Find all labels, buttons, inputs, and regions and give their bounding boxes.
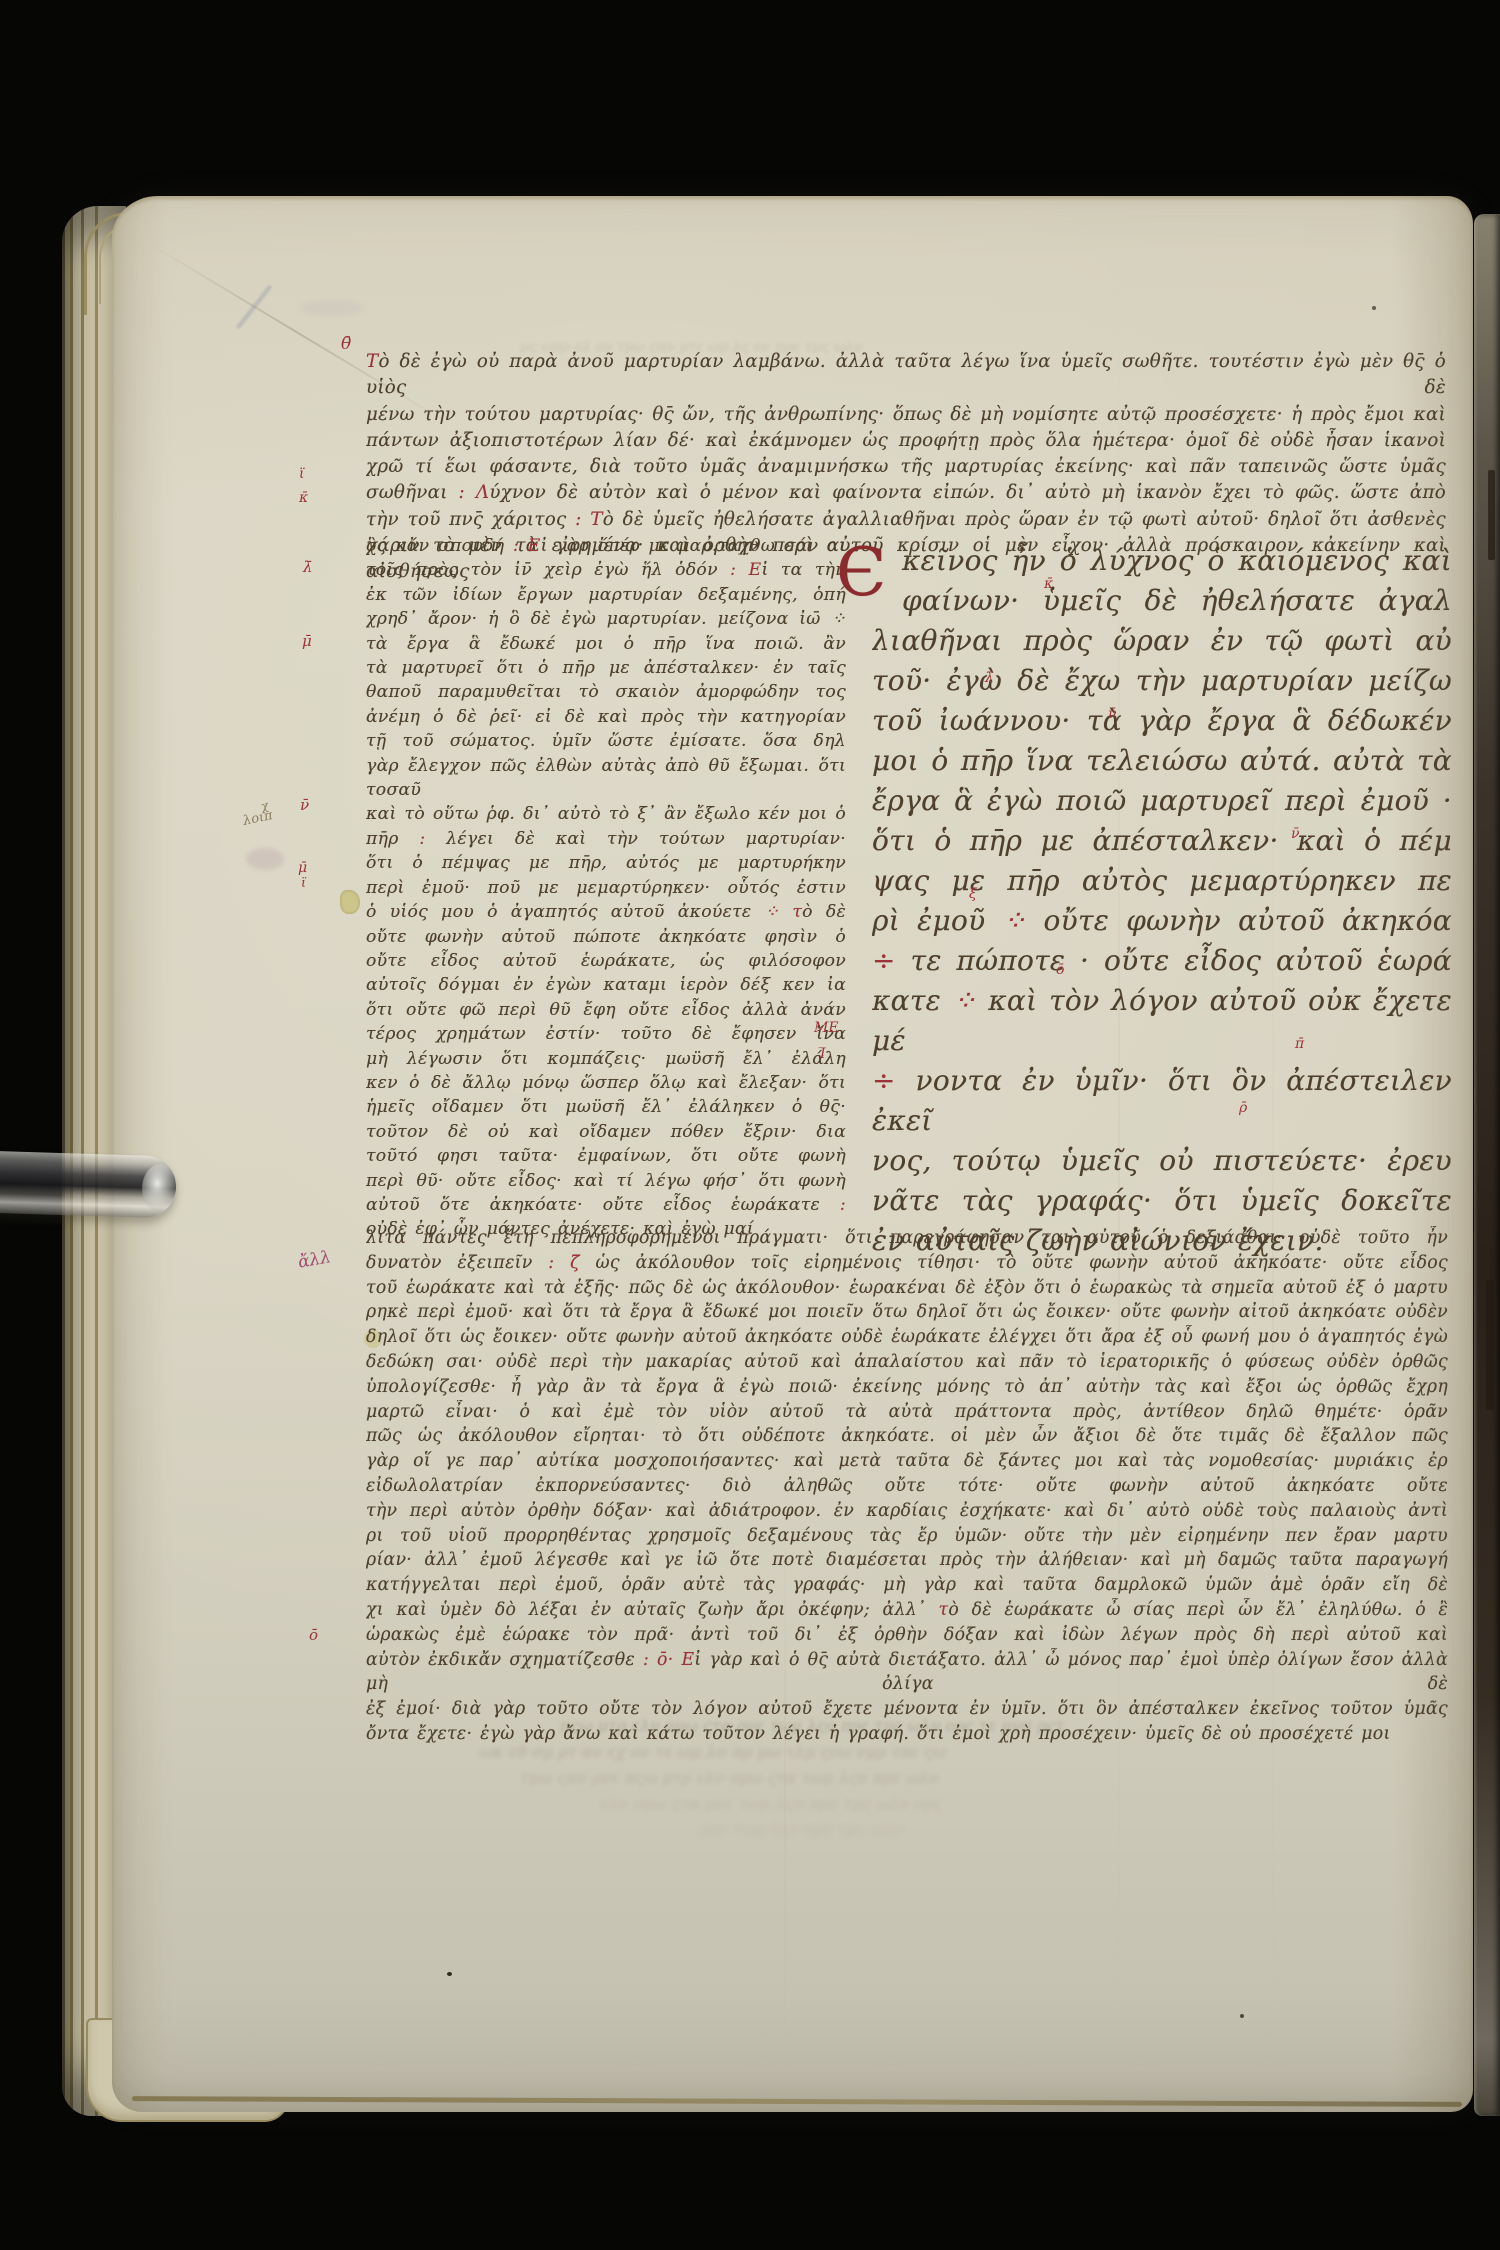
- text-line: τὰ μαρτυρεῖ ὅτι ὁ πη̄ρ με ἀπέσταλκεν· ἐν…: [366, 656, 846, 680]
- text-line: σωθῆναι : Λύχνον δὲ αὐτὸν καὶ ὁ μένον κα…: [366, 480, 1446, 506]
- gospel-right-column: κεῖνος ἦν ὁ λύχνος ὁ καιόμενος καὶφαίνων…: [872, 541, 1452, 1261]
- gospel-text-line: νος, τούτῳ ὑμεῖς οὐ πιστεύετε· ἐρευ: [872, 1141, 1452, 1181]
- ink-speck: [447, 1972, 452, 1976]
- text-line: ἀνέμη ὁ δὲ ῥεῖ· εἰ δὲ καὶ πρὸς τὴν κατηγ…: [366, 705, 846, 729]
- gospel-text-line: ἔργα ἃ ἐγὼ ποιῶ μαρτυρεῖ περὶ ἐμοῦ ·: [872, 781, 1452, 821]
- text-line: οὔτε φωνὴν αὐτοῦ πώποτε ἀκηκόατε φησὶν ὁ: [366, 925, 846, 949]
- text-line: χρηδ᾽ ἄρον· ἡ ὃ δὲ ἐγὼ μαρτυρίαν. μείζον…: [366, 607, 846, 631]
- rubric-mark: ξ̄: [969, 886, 977, 902]
- text-line: τὴν τοῦ πνς̄ χάριτος : Τὸ δὲ ὑμεῖς ἠθελή…: [366, 507, 1446, 533]
- rubric-mark: ϊ: [301, 876, 306, 891]
- gospel-text-line: κεῖνος ἦν ὁ λύχνος ὁ καιόμενος καὶ: [872, 541, 1452, 581]
- text-line: κεν ὁ δὲ ἄλλῳ μόνῳ ὥσπερ ὅλῳ καὶ ἔλεξαν·…: [366, 1071, 846, 1095]
- text-line: χρῶ τί ἕωι φάσαντε, διὰ τοῦτο ὑμᾶς ἀναμι…: [366, 454, 1446, 480]
- blue-show-through-smudge: [300, 300, 364, 316]
- text-line: ὑπολογίζεσθε· ἦ γὰρ ἂν τὰ ἔργα ἃ ἐγὼ ποι…: [366, 1375, 1448, 1400]
- text-line: καὶ τὸ οὕτω ῥφ. δι᾽ αὐτὸ τὸ ξ᾽ ἂν ἔξωλο …: [366, 802, 846, 826]
- text-line: αὐτοῦ ὅτε ἀκηκόατε· οὔτε εἶδος ἑωράκατε …: [366, 1193, 846, 1217]
- catena-bottom-block: λιτα πάντες ἔτη πεπληροφορημένοι πράγματ…: [366, 1226, 1448, 1747]
- rubric-mark: ο̄: [1056, 962, 1064, 978]
- rubric-mark: κ̄: [1044, 576, 1053, 592]
- text-line: εἰδωλολατρίαν ἐκπορνεύσαντες· διὸ ἀληθῶς…: [366, 1474, 1448, 1499]
- text-line: γὰρ ἔλεγχον πῶς ἐλθὼν αὐτὰς ἀπὸ θῦ ἔξωμα…: [366, 754, 846, 803]
- parchment-repair-spot: [340, 890, 360, 914]
- text-line: ὃς κἄν σπουδή : Εἰ γὰρ ὅπέρ με μαρ.ταχθω…: [366, 534, 846, 558]
- gospel-text-line: λιαθῆναι πρὸς ὥραν ἐν τῷ φωτὶ αὐ: [872, 621, 1452, 661]
- text-line: περὶ θῦ· οὔτε εἶδος· καὶ τί λέγω φήσ᾽ ὅτ…: [366, 1169, 846, 1193]
- text-line: τὴν περὶ αὐτὸν ὀρθὴν δόξαν· καὶ ἀδιάτροφ…: [366, 1499, 1448, 1524]
- ghost-show-through-line: τμω ςαν ρνε πςω μτρ ελν ομω ςτα τωμ λςο …: [520, 1768, 1440, 1787]
- gospel-text-line: κατε ⁘ καὶ τὸν λόγον αὐτοῦ οὐκ ἔχετε μέ: [872, 981, 1452, 1061]
- ghost-show-through-line: μς ωπρ ελ ον τμω ςαν ρτε ωμ λς ον πρε τμ…: [520, 339, 1080, 355]
- rubric-mark: Ι̅: [820, 1046, 826, 1062]
- facing-page-edge: [1474, 214, 1500, 2116]
- text-line: τοῦτον δὲ οὐ καὶ οἴδαμεν πόθεν ἔξριν· δι…: [366, 1120, 846, 1144]
- gospel-text-line: τοῦ ἰωάννου· τὰ γὰρ ἔργα ἃ δέδωκέν: [872, 701, 1452, 741]
- text-line: μαρτῶ εἶναι· ὁ καὶ ἐμὲ τὸν υἱὸν αὐτοῦ τὰ…: [366, 1400, 1448, 1425]
- gospel-text-line: τοῦ· ἐγὼ δὲ ἔχω τὴν μαρτυρίαν μείζω: [872, 661, 1452, 701]
- gospel-text-line: μοι ὁ πη̄ρ ἵνα τελειώσω αὐτά. αὐτὰ τὰ: [872, 741, 1452, 781]
- glass-rod-tip: [141, 1164, 178, 1213]
- ink-smudge: [246, 848, 284, 870]
- text-line: περὶ ἐμοῦ· ποῦ με μεμαρτύρηκεν· οὗτός ἐσ…: [366, 876, 846, 900]
- rubric-mark: λ̄: [985, 670, 994, 686]
- rubric-mark: π̄: [1295, 1036, 1304, 1052]
- text-line: δηλοῖ ὅτι ὡς ἔοικεν· οὔτε φωνὴν αὐτοῦ ἀκ…: [366, 1325, 1448, 1350]
- text-line: πῶς ὡς ἀκόλουθον εἴρηται· τὸ ὅτι οὐδέποτ…: [366, 1424, 1448, 1449]
- gospel-text-line: ὅτι ὁ πη̄ρ με ἀπέσταλκεν· καὶ ὁ πέμ: [872, 821, 1452, 861]
- text-line: τοῖς πρὸς τὸν ἰν̄ χεὶρ ἐγὼ ἥλ ὁδόν : Εἰ …: [366, 558, 846, 582]
- text-line: τοῦ ἑωράκατε καὶ τὰ ἑξῆς· πῶς δὲ ὡς ἀκόλ…: [366, 1276, 1448, 1301]
- rubric-mark: μ̄: [298, 860, 307, 876]
- glass-rod: [0, 1143, 189, 1233]
- text-line: λιτα πάντες ἔτη πεπληροφορημένοι πράγματ…: [366, 1226, 1448, 1251]
- text-line: μένω τὴν τούτου μαρτυρίας· θς̄ ὤν, τῆς ἀ…: [366, 402, 1446, 428]
- text-line: ὡρακὼς ἐμὲ ἑώρακε τὸν πρᾶ· ἀντὶ τοῦ δι᾽ …: [366, 1623, 1448, 1648]
- text-line: ὅτι ὁ πέμψας με πη̄ρ, αὐτός με μαρτυρήκη…: [366, 851, 846, 875]
- text-line: χι καὶ ὑμὲν δὸ λέξαι ἐν αὐταῖς ζωὴν ἄρι …: [366, 1598, 1448, 1623]
- text-line: αὐτοῖς δόγμαι ἐν ἐγὼν καταμι ἱερὸν δέξ κ…: [366, 973, 846, 997]
- text-line: πάντων ἀξιοπιστοτέρων λίαν δέ· καὶ ἐκάμν…: [366, 428, 1446, 454]
- text-line: δυνατὸν ἐξειπεῖν : ζ̄ ὡς ἀκόλουθον τοῖς …: [366, 1251, 1448, 1276]
- text-line: τῇ τοῦ σώματος. ὑμῖν ὥστε ἐμίσατε. ὅσα δ…: [366, 729, 846, 753]
- text-line: ρι τοῦ υἱοῦ προρρηθέντας χρησμοῖς δεξαμέ…: [366, 1524, 1448, 1549]
- text-line: ρηκὲ περὶ ἐμοῦ· καὶ ὅτι τὰ ἔργα ἃ ἔδωκέ …: [366, 1300, 1448, 1325]
- text-line: τέρος χρημάτων ἐστίν· τοῦτο δὲ ἔφησεν ἵν…: [366, 1022, 846, 1046]
- text-line: τὰ ἔργα ἃ ἔδωκέ μοι ὁ πη̄ρ ἵνα ποιῶ. ἂν: [366, 632, 846, 656]
- facing-page-text-trace: [1486, 1280, 1494, 1410]
- text-line: ὅτι οὔτε φῶ περὶ θῦ ἔφη οὔτε εἶδος ἀλλὰ …: [366, 998, 846, 1022]
- rubric-mark: ϊ: [299, 466, 305, 482]
- rubric-mark: θ̄: [341, 334, 351, 354]
- gospel-text-line: ÷ νοντα ἐν ὑμῖν· ὅτι ὃν ἀπέστειλεν ἐκεῖ: [872, 1061, 1452, 1141]
- gospel-text-line: νᾶτε τὰς γραφάς· ὅτι ὑμεῖς δοκεῖτε: [872, 1181, 1452, 1221]
- gospel-text-line: ρὶ ἐμοῦ ⁘ οὔτε φωνὴν αὐτοῦ ἀκηκόα: [872, 901, 1452, 941]
- text-line: ἐκ τῶν ἰδίων ἔργων μαρτυρίαν δεξαμένης, …: [366, 583, 846, 607]
- gospel-text-line: φαίνων· ὑμεῖς δὲ ἠθελήσατε ἀγαλ: [872, 581, 1452, 621]
- text-line: αὐτὸν ἐκδικἄν σχηματίζεσθε : ο̄· Εἰ γὰρ …: [366, 1648, 1448, 1698]
- rubric-mark: ΜΕ: [814, 1020, 839, 1036]
- rubric-mark: ρ̄: [1239, 1100, 1247, 1116]
- text-line: μὴ λέγωσιν ὅτι κομπάζεις· μωϋσῆ ἔλ᾽ ἐλάλ…: [366, 1047, 846, 1071]
- text-line: θαποῦ παραμυθεῖται τὸ σκαιὸν ἀμορφώδην τ…: [366, 680, 846, 704]
- text-line: γὰρ οἵ γε παρ᾽ αὐτίκα μοσχοποιήσαντες· κ…: [366, 1449, 1448, 1474]
- ghost-show-through-line: ελν ομω ςτα ρνε τωμ λςο πρε τμς ωλν ορς: [600, 1794, 1440, 1813]
- text-line: δεδώκη σαι· οὐδὲ περὶ τὴν μακαρίας αὐτοῦ…: [366, 1350, 1448, 1375]
- rubric-mark: ν̄: [1108, 706, 1117, 722]
- rubric-mark: ν̄: [300, 796, 309, 814]
- ink-speck: [1372, 306, 1376, 310]
- rubric-mark: μ̄: [302, 632, 312, 650]
- rubric-mark: λ̄: [303, 558, 313, 576]
- text-line: ἡμεῖς οἴδαμεν ὅτι μωϋσῆ ἔλ᾽ ἐλάληκεν ὁ θ…: [366, 1095, 846, 1119]
- text-line: ρίαν· ἀλλ᾽ ἐμοῦ λέγεσθε καὶ γε ἰῶ ὅτε πο…: [366, 1548, 1448, 1573]
- gospel-text-line: ÷ τε πώποτε · οὔτε εἶδος αὐτοῦ ἑωρά: [872, 941, 1452, 981]
- ghost-show-through-line: πςω μτρ ελν ομω ςτα ρνε τωμ λςο πρε τμς …: [560, 1716, 1440, 1735]
- photograph-background: Τὸ δὲ ἐγὼ οὐ παρὰ ἀνοῦ μαρτυρίαν λαμβάνω…: [0, 0, 1500, 2250]
- gospel-text-line: ψας με πη̄ρ αὐτὸς μεμαρτύρηκεν πε: [872, 861, 1452, 901]
- commentary-left-column: ὃς κἄν σπουδή : Εἰ γὰρ ὅπέρ με μαρ.ταχθω…: [366, 534, 846, 1242]
- facing-page-text-trace: [1488, 470, 1495, 560]
- rubric-mark: κ̄: [299, 490, 308, 506]
- text-line: πη̄ρ : λέγει δὲ καὶ τὴν τούτων μαρτυρίαν…: [366, 827, 846, 851]
- rubric-mark: ο̄: [309, 1626, 318, 1644]
- rubric-mark: ν̄: [1291, 826, 1300, 842]
- ghost-show-through-line: ωκ εθ σμ ρτ αν εχ ον τε ωμ λσ πρ μω τλμ …: [480, 1742, 1440, 1761]
- text-line: τοῦτό φησι ταῦτα· ἐμφαίνων, ὅτι οὔτε φων…: [366, 1144, 846, 1168]
- ink-speck: [1240, 2014, 1244, 2018]
- text-line: Τὸ δὲ ἐγὼ οὐ παρὰ ἀνοῦ μαρτυρίαν λαμβάνω…: [366, 349, 1446, 402]
- ghost-show-through-line: ρνε τωμ λςο πρε τμς ωλν: [700, 1820, 1400, 1839]
- text-line: οὔτε εἶδος αὐτοῦ ἑωράκατε, ὡς φιλόσοφον: [366, 949, 846, 973]
- text-line: ὁ υἱός μου ὁ ἀγαπητός αὐτοῦ ἀκούετε ⁘ τὸ…: [366, 900, 846, 924]
- text-line: κατήγγελται περὶ ἐμοῦ, ὁρᾶν αὐτὲ τὰς γρα…: [366, 1573, 1448, 1598]
